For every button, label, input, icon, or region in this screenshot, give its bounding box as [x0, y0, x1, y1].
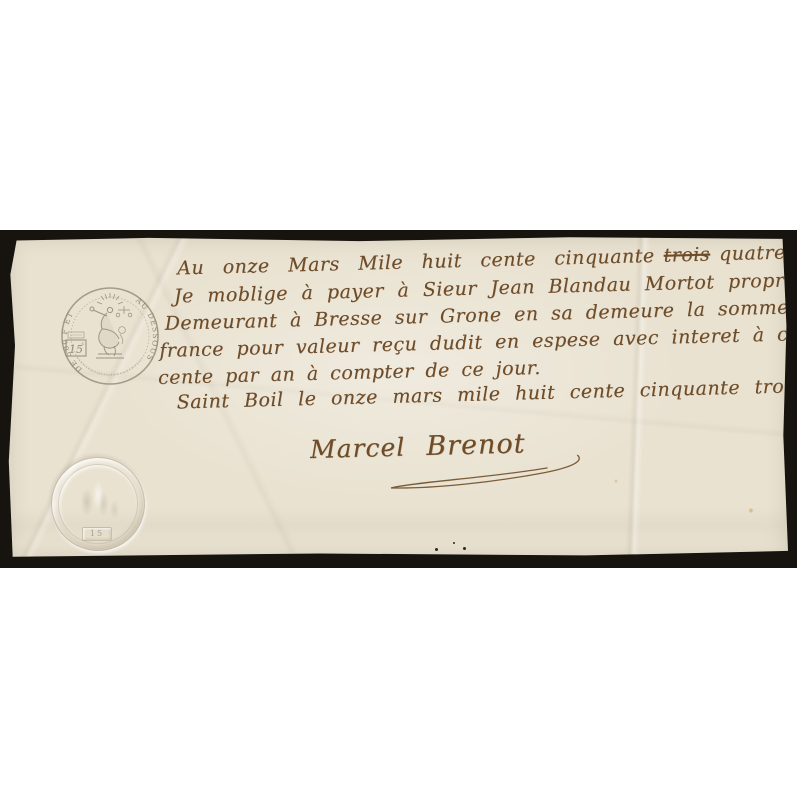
paper-sheet: 15 c DE 500 F ET AU DESSOUS 15 Au onze M… [8, 236, 788, 558]
signature-flourish [372, 453, 593, 493]
starburst-icon [97, 293, 123, 304]
ink-dot [435, 548, 438, 551]
embossed-value: 15 [90, 529, 104, 538]
companion-figure-icon [119, 327, 126, 344]
document-photo: 15 c DE 500 F ET AU DESSOUS 15 Au onze M… [0, 230, 797, 568]
tax-stamp: 15 c DE 500 F ET AU DESSOUS [58, 284, 162, 388]
signature: Marcel Brenot [310, 428, 526, 465]
struck-word: trois [663, 244, 710, 267]
scales-icon [116, 306, 132, 317]
stamp-arc-left-text: DE 500 F ET [60, 310, 84, 375]
embossed-value-box: 15 [82, 527, 112, 541]
foxing-spot [748, 508, 754, 513]
svg-text:DE 500 F ET: DE 500 F ET [60, 310, 84, 375]
page: { "colors":{"canvas_background":"#ffffff… [0, 0, 800, 800]
justice-figure-icon [90, 307, 119, 356]
stamp-value-unit: c [82, 341, 85, 347]
pedestal-icon [96, 354, 124, 358]
ink-dot [453, 542, 455, 544]
ink-dot [463, 547, 466, 550]
manuscript: Au onze Mars Mile huit cente cinquantetr… [155, 233, 800, 500]
foxing-spot [614, 479, 618, 483]
line1-correction: quatre [719, 242, 786, 266]
